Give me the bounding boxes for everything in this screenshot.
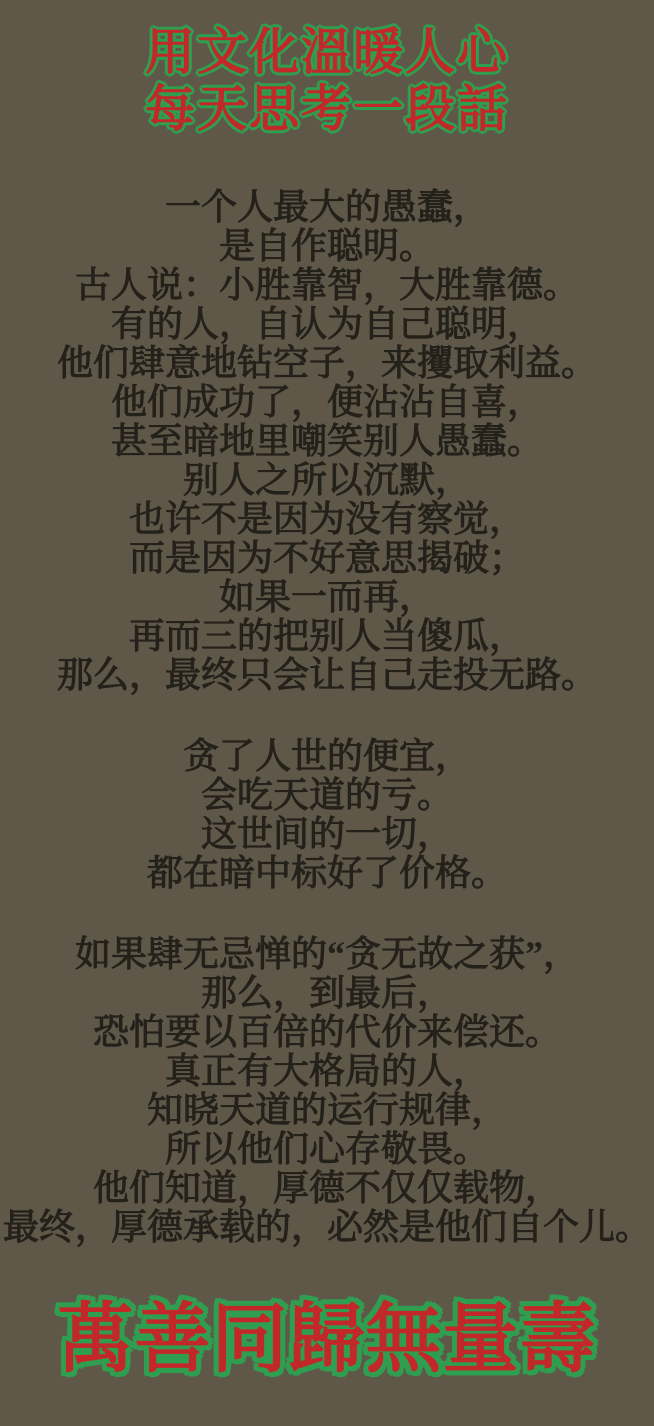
body-line: 古人说：小胜靠智，大胜靠德。 [0,266,654,305]
poster-body: 一个人最大的愚蠢， 是自作聪明。 古人说：小胜靠智，大胜靠德。 有的人，自认为自… [0,188,654,1247]
body-line: 别人之所以沉默， [0,461,654,500]
body-line: 他们知道，厚德不仅仅载物， [0,1169,654,1208]
title-line-2: 每天思考一段話 [0,81,654,138]
body-line: 有的人，自认为自己聪明， [0,305,654,344]
body-line: 真正有大格局的人， [0,1052,654,1091]
body-line: 再而三的把别人当傻瓜， [0,617,654,656]
poster-title: 用文化溫暖人心 每天思考一段話 [0,0,654,138]
body-line: 甚至暗地里嘲笑别人愚蠢。 [0,422,654,461]
body-line: 会吃天道的亏。 [0,776,654,815]
poster-content: 用文化溫暖人心 每天思考一段話 一个人最大的愚蠢， 是自作聪明。 古人说：小胜靠… [0,0,654,1381]
title-line-1: 用文化溫暖人心 [0,24,654,81]
paragraph-3: 如果肆无忌惮的“贪无故之获”， 那么，到最后， 恐怕要以百倍的代价来偿还。 真正… [0,935,654,1247]
paragraph-2: 贪了人世的便宜， 会吃天道的亏。 这世间的一切， 都在暗中标好了价格。 [0,737,654,893]
body-line: 这世间的一切， [0,815,654,854]
body-line: 也许不是因为没有察觉， [0,500,654,539]
body-line: 一个人最大的愚蠢， [0,188,654,227]
body-line: 那么，最终只会让自己走投无路。 [0,656,654,695]
body-line: 如果一而再， [0,578,654,617]
body-line: 那么，到最后， [0,974,654,1013]
body-line: 最终，厚德承载的，必然是他们自个儿。 [0,1208,654,1247]
body-line: 他们肆意地钻空子，来攫取利益。 [0,344,654,383]
body-line: 如果肆无忌惮的“贪无故之获”， [0,935,654,974]
body-line: 都在暗中标好了价格。 [0,854,654,893]
body-line: 知晓天道的运行规律， [0,1091,654,1130]
body-line: 而是因为不好意思揭破； [0,539,654,578]
body-line: 他们成功了，便沾沾自喜， [0,383,654,422]
body-line: 是自作聪明。 [0,227,654,266]
footer-banner: 萬善同歸無量壽 [0,1299,654,1381]
body-line: 所以他们心存敬畏。 [0,1130,654,1169]
body-line: 贪了人世的便宜， [0,737,654,776]
poster: 用文化溫暖人心 每天思考一段話 一个人最大的愚蠢， 是自作聪明。 古人说：小胜靠… [0,0,654,1426]
body-line: 恐怕要以百倍的代价来偿还。 [0,1013,654,1052]
paragraph-1: 一个人最大的愚蠢， 是自作聪明。 古人说：小胜靠智，大胜靠德。 有的人，自认为自… [0,188,654,695]
